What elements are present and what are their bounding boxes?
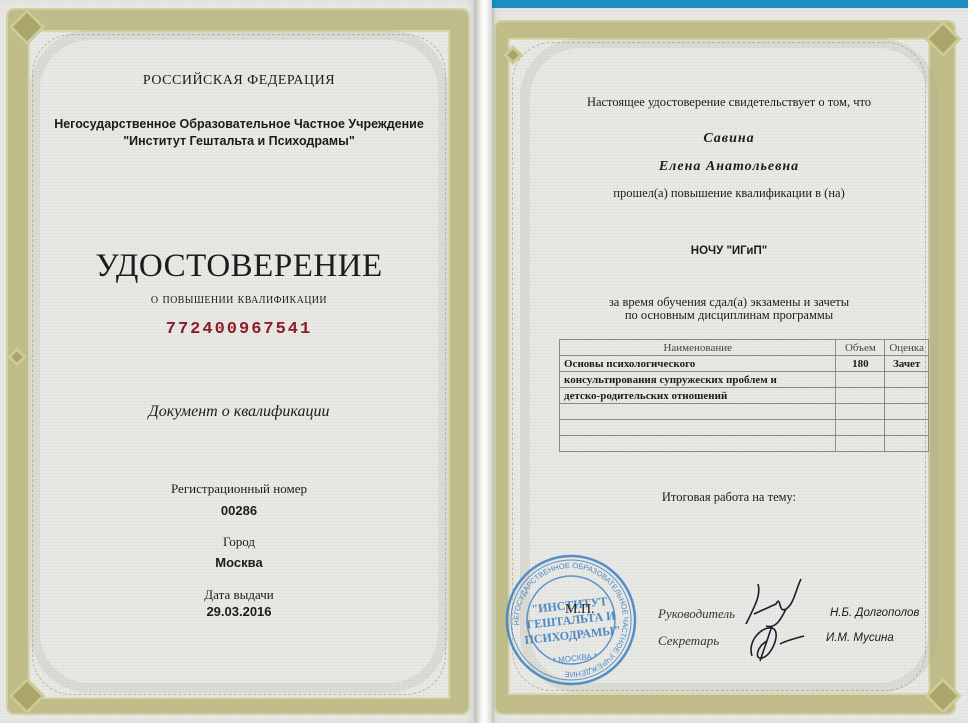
column-header-grade: Оценка [885, 340, 929, 356]
institution-short-name: НОЧУ "ИГиП" [490, 245, 968, 257]
document-title: УДОСТОВЕРЕНИЕ [0, 248, 478, 285]
cell-grade: Зачет [885, 356, 929, 372]
document-type: Документ о квалификации [0, 403, 478, 421]
cell-name [560, 436, 836, 452]
cell-grade [885, 436, 929, 452]
document-subtitle: о повышении квалификации [0, 292, 478, 308]
column-header-name: Наименование [560, 340, 836, 356]
cell-volume [836, 420, 885, 436]
table-row: консультирования супружеских проблем и [560, 372, 929, 388]
signatory-role-secretary: Секретарь [658, 633, 719, 649]
cell-volume: 180 [836, 356, 885, 372]
table-row [560, 404, 929, 420]
cell-volume [836, 436, 885, 452]
cell-volume [836, 388, 885, 404]
issue-date-label: Дата выдачи [0, 587, 478, 603]
cell-name: детско-родительских отношений [560, 388, 836, 404]
disciplines-table: Наименование Объем Оценка Основы психоло… [559, 339, 929, 452]
organization-title: "Институт Гештальта и Психодрамы" [0, 134, 478, 148]
cell-grade [885, 420, 929, 436]
final-work-label: Итоговая работа на тему: [490, 490, 968, 505]
organization-name: Негосударственное Образовательное Частно… [0, 117, 478, 131]
holder-surname: Савина [490, 131, 968, 147]
holder-given-names: Елена Анатольевна [490, 159, 968, 175]
cell-volume [836, 404, 885, 420]
city-value: Москва [0, 555, 478, 570]
signatory-name-director: Н.Б. Долгополов [830, 607, 919, 619]
issue-date: 29.03.2016 [0, 604, 478, 619]
exams-text-2: по основным дисциплинам программы [490, 308, 968, 323]
bookmark-ribbon [476, 0, 492, 723]
table-row [560, 436, 929, 452]
cell-volume [836, 372, 885, 388]
svg-text:* МОСКВА *: * МОСКВА * [552, 651, 597, 665]
signatory-role-director: Руководитель [658, 606, 735, 622]
table-row [560, 420, 929, 436]
signatory-name-secretary: И.М. Мусина [826, 632, 894, 644]
country-label: РОССИЙСКАЯ ФЕДЕРАЦИЯ [0, 73, 478, 89]
signature-secretary [742, 616, 812, 666]
cell-name: консультирования супружеских проблем и [560, 372, 836, 388]
right-page: Настоящее удостоверение свидетельствует … [490, 8, 968, 723]
registration-number: 00286 [0, 503, 478, 518]
cell-grade [885, 372, 929, 388]
cell-grade [885, 404, 929, 420]
cell-name [560, 404, 836, 420]
institution-stamp: НЕГОСУДАРСТВЕННОЕ ОБРАЗОВАТЕЛЬНОЕ ЧАСТНО… [497, 546, 644, 693]
cell-grade [885, 388, 929, 404]
table-row: Основы психологического180Зачет [560, 356, 929, 372]
table-row: детско-родительских отношений [560, 388, 929, 404]
certificate-intro: Настоящее удостоверение свидетельствует … [490, 95, 968, 110]
passed-text: прошел(а) повышение квалификации в (на) [490, 186, 968, 201]
serial-number: 772400967541 [0, 320, 478, 339]
cell-name: Основы психологического [560, 356, 836, 372]
column-header-volume: Объем [836, 340, 885, 356]
left-page: РОССИЙСКАЯ ФЕДЕРАЦИЯ Негосударственное О… [0, 0, 478, 723]
stamp-place-label: М.П. [565, 602, 595, 618]
registration-label: Регистрационный номер [0, 481, 478, 497]
city-label: Город [0, 534, 478, 550]
cell-name [560, 420, 836, 436]
